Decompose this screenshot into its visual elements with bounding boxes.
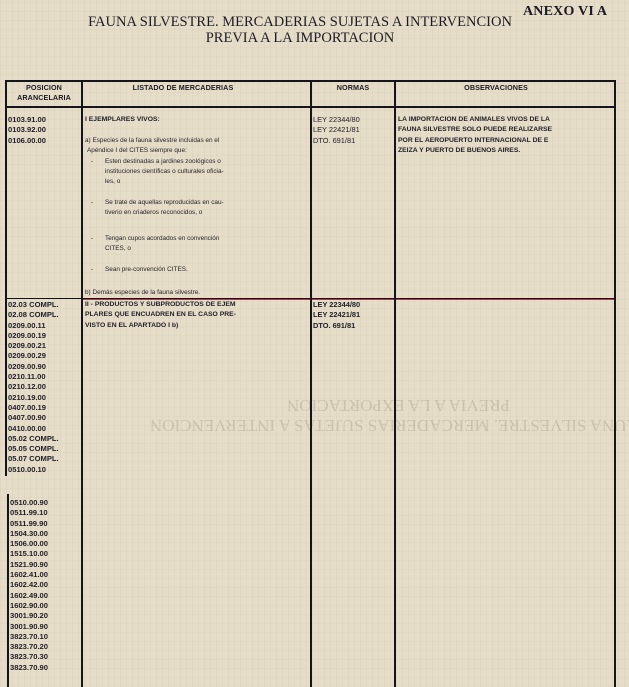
header-normas: NORMAS bbox=[312, 83, 394, 93]
tariff-code: 1602.42.00 bbox=[10, 580, 48, 590]
condition-3-line-2: CITES, o bbox=[105, 244, 131, 254]
dash-bullet: - bbox=[91, 234, 93, 244]
condition-4-line-1: Sean pre-convención CITES. bbox=[105, 265, 188, 275]
norma: LEY 22421/81 bbox=[313, 125, 360, 135]
tariff-code: 0209.00.29 bbox=[8, 351, 59, 361]
section-2-heading-line: VISTO EN EL APARTADO I b) bbox=[85, 321, 236, 331]
norma: LEY 22421/81 bbox=[313, 310, 360, 320]
section-2-normas: LEY 22344/80 LEY 22421/81 DTO. 691/81 bbox=[313, 300, 360, 331]
tariff-code: 1515.10.00 bbox=[10, 549, 48, 559]
tariff-code: 3823.70.30 bbox=[10, 652, 48, 662]
tariff-code: 0210.12.00 bbox=[8, 382, 59, 392]
tariff-code: 0407.00.19 bbox=[8, 403, 59, 413]
tariff-code: 0209.00.21 bbox=[8, 341, 59, 351]
tariff-code: 0209.00.19 bbox=[8, 331, 59, 341]
observacion-line: ZEIZA Y PUERTO DE BUENOS AIRES. bbox=[398, 146, 552, 156]
condition-1-line-1: Esten destinadas a jardines zoológicos o bbox=[105, 157, 221, 167]
table-left-border bbox=[5, 80, 7, 476]
tariff-code: 0210.19.00 bbox=[8, 393, 59, 403]
observacion-line: LA IMPORTACION DE ANIMALES VIVOS DE LA bbox=[398, 115, 552, 125]
dash-bullet: - bbox=[91, 157, 93, 167]
section-2-codes: 02.03 COMPL. 02.08 COMPL. 0209.00.11 020… bbox=[8, 300, 59, 475]
title-line-2: PREVIA A LA IMPORTACION bbox=[40, 30, 560, 46]
condition-3-line-1: Tengan cupos acordados en convención bbox=[105, 234, 219, 244]
condition-1-line-2: instituciones científicas o culturales o… bbox=[105, 167, 224, 177]
header-listado-de-mercaderias: LISTADO DE MERCADERIAS bbox=[83, 83, 283, 93]
tariff-code: 3823.70.20 bbox=[10, 642, 48, 652]
condition-2-line-2: tiverio en criaderos reconocidos, o bbox=[105, 208, 202, 218]
tariff-code: 0209.00.90 bbox=[8, 362, 59, 372]
item-a-line-2: Apéndice I del CITES siempre que: bbox=[87, 146, 187, 156]
tariff-code: 1602.49.00 bbox=[10, 591, 48, 601]
tariff-code: 0103.92.00 bbox=[8, 125, 46, 135]
section-2-heading-line: PLARES QUE ENCUADREN EN EL CASO PRE- bbox=[85, 310, 236, 320]
tariff-code: 3001.90.20 bbox=[10, 611, 48, 621]
section-2-heading: II - PRODUCTOS Y SUBPRODUCTOS DE EJEM PL… bbox=[85, 300, 236, 331]
section-1-observaciones: LA IMPORTACION DE ANIMALES VIVOS DE LA F… bbox=[398, 115, 552, 156]
table-right-border bbox=[614, 80, 616, 687]
tariff-code: 1504.30.00 bbox=[10, 529, 48, 539]
header-posicion-line-2: ARANCELARIA bbox=[7, 93, 81, 103]
tariff-code: 0210.11.00 bbox=[8, 372, 59, 382]
tariff-code: 3823.70.90 bbox=[10, 663, 48, 673]
condition-2-line-1: Se trate de aquellas reproducidas en cau… bbox=[105, 198, 224, 208]
tariff-code: 02.08 COMPL. bbox=[8, 310, 59, 320]
tariff-code: 0511.99.90 bbox=[10, 519, 48, 529]
observacion-line: FAUNA SILVESTRE SOLO PUEDE REALIZARSE bbox=[398, 125, 552, 135]
tariff-code: 0510.00.10 bbox=[8, 465, 59, 475]
tariff-code: 05.07 COMPL. bbox=[8, 454, 59, 464]
tariff-code: 1602.90.00 bbox=[10, 601, 48, 611]
tariff-code: 0510.00.90 bbox=[10, 498, 48, 508]
section-2-codes-continued: 0510.00.90 0511.99.10 0511.99.90 1504.30… bbox=[10, 498, 48, 673]
tariff-code: 3001.90.90 bbox=[10, 622, 48, 632]
tariff-code: 0209.00.11 bbox=[8, 321, 59, 331]
column-divider-2 bbox=[310, 80, 312, 687]
section-1-normas: LEY 22344/80 LEY 22421/81 DTO. 691/81 bbox=[313, 115, 360, 146]
tariff-code: 3823.70.10 bbox=[10, 632, 48, 642]
column-divider-3 bbox=[394, 80, 396, 687]
tariff-code: 05.02 COMPL. bbox=[8, 434, 59, 444]
column-divider-1 bbox=[81, 80, 83, 687]
observacion-line: POR EL AEROPUERTO INTERNACIONAL DE E bbox=[398, 136, 552, 146]
table-left-border-lower bbox=[7, 494, 9, 687]
norma: DTO. 691/81 bbox=[313, 136, 360, 146]
merchandise-table: POSICION ARANCELARIA LISTADO DE MERCADER… bbox=[5, 80, 616, 687]
section-1-heading: I EJEMPLARES VIVOS: bbox=[85, 115, 160, 125]
condition-1-line-3: les, o bbox=[105, 177, 120, 187]
item-a-line-1: a) Especies de la fauna silvestre inclui… bbox=[85, 136, 219, 146]
item-b: b) Demás especies de la fauna silvestre. bbox=[85, 288, 200, 298]
dash-bullet: - bbox=[91, 265, 93, 275]
tariff-code: 0106.00.00 bbox=[8, 136, 46, 146]
header-posicion-line-1: POSICION bbox=[7, 83, 81, 93]
header-posicion-arancelaria: POSICION ARANCELARIA bbox=[7, 83, 81, 103]
norma: LEY 22344/80 bbox=[313, 300, 360, 310]
norma: LEY 22344/80 bbox=[313, 115, 360, 125]
tariff-code: 1602.41.00 bbox=[10, 570, 48, 580]
header-observaciones: OBSERVACIONES bbox=[396, 83, 596, 93]
tariff-code: 1521.90.90 bbox=[10, 560, 48, 570]
tariff-code: 0511.99.10 bbox=[10, 508, 48, 518]
section-1-codes: 0103.91.00 0103.92.00 0106.00.00 bbox=[8, 115, 46, 146]
tariff-code: 1506.00.00 bbox=[10, 539, 48, 549]
norma: DTO. 691/81 bbox=[313, 321, 360, 331]
dash-bullet: - bbox=[91, 198, 93, 208]
tariff-code: 0410.00.00 bbox=[8, 424, 59, 434]
section-2-heading-line: II - PRODUCTOS Y SUBPRODUCTOS DE EJEM bbox=[85, 300, 236, 310]
title-line-1: FAUNA SILVESTRE. MERCADERIAS SUJETAS A I… bbox=[40, 14, 560, 30]
tariff-code: 05.05 COMPL. bbox=[8, 444, 59, 454]
page-title: FAUNA SILVESTRE. MERCADERIAS SUJETAS A I… bbox=[40, 14, 560, 46]
tariff-code: 02.03 COMPL. bbox=[8, 300, 59, 310]
tariff-code: 0103.91.00 bbox=[8, 115, 46, 125]
tariff-code: 0407.00.90 bbox=[8, 413, 59, 423]
